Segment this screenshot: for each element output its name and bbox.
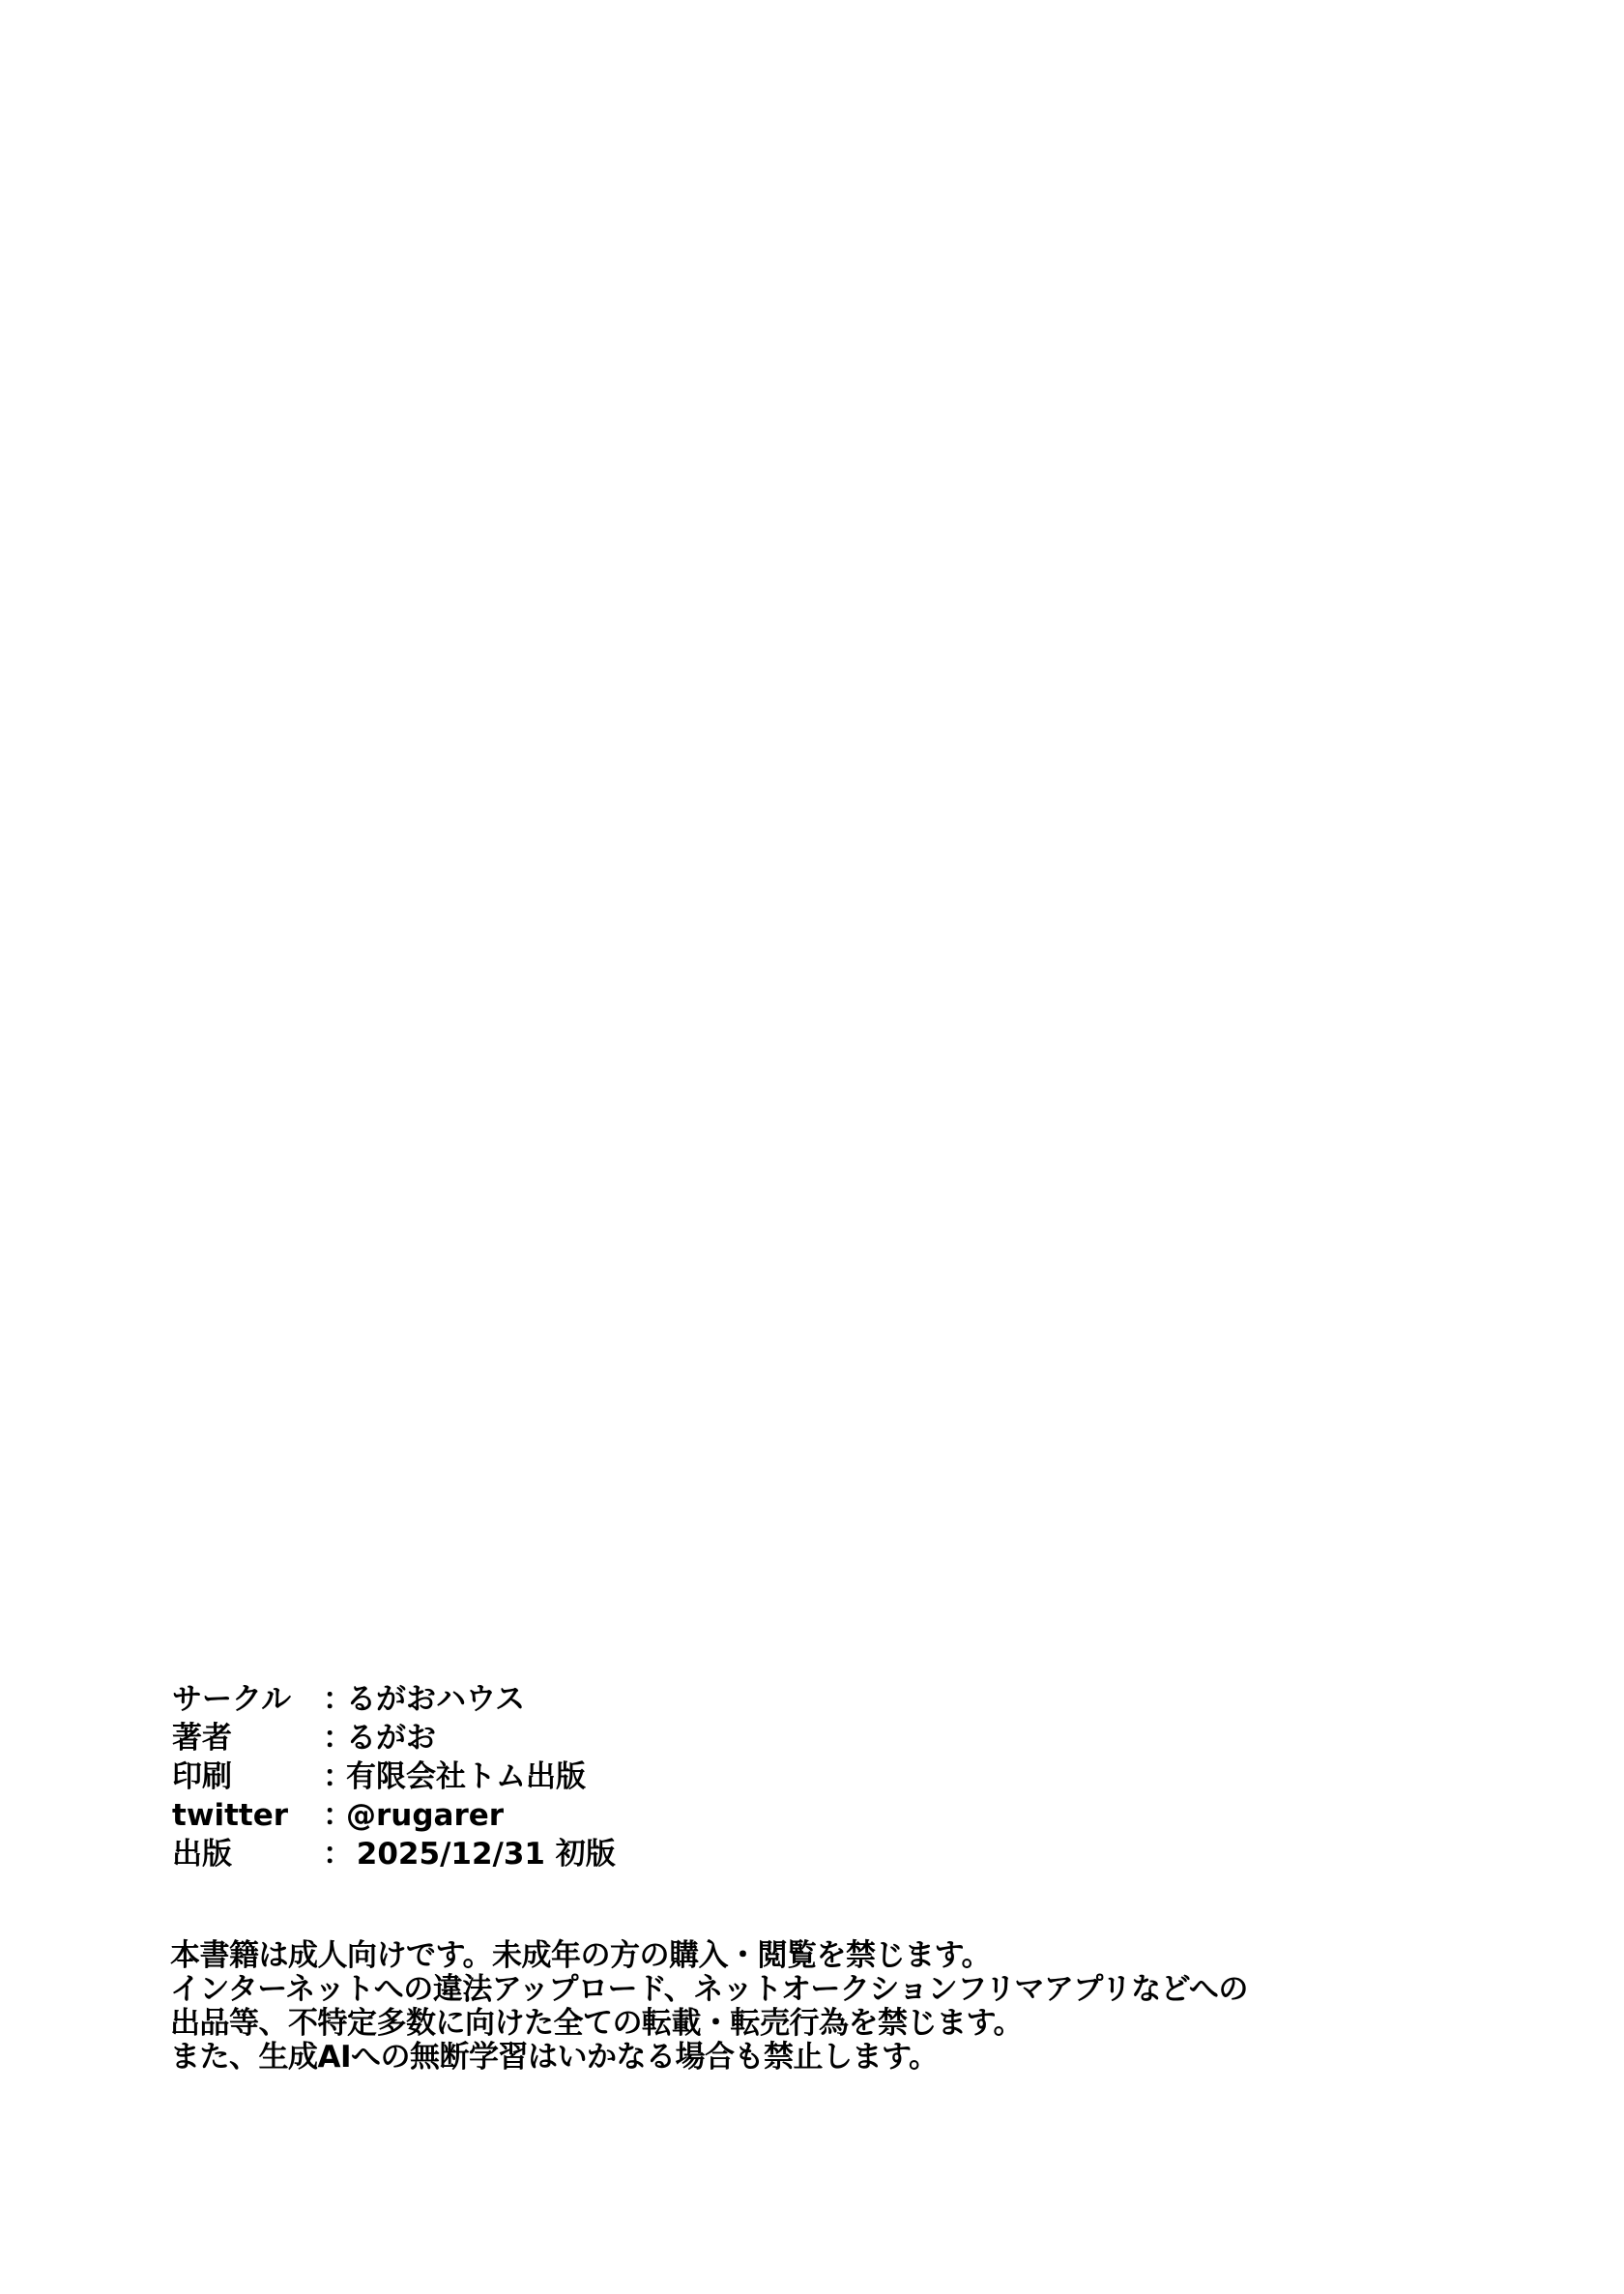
colophon-row-twitter: twitter ： @rugarer: [172, 1796, 616, 1835]
colophon-separator: ：: [317, 1835, 346, 1873]
notice-line-adult-only: 本書籍は成人向けです。未成年の方の購入・閲覧を禁じます。: [170, 1939, 1248, 1973]
colophon-row-author: 著者 ： るがお: [172, 1719, 616, 1757]
notice-line-resale-ban: 出品等、不特定多数に向けた全ての転載・転売行為を禁じます。: [170, 2007, 1248, 2041]
colophon-separator: ：: [317, 1680, 346, 1719]
colophon-block: サークル ： るがおハウス 著者 ： るがお 印刷 ： 有限会社トム出版 twi…: [172, 1680, 616, 1873]
notice-line-upload-ban: インターネットへの違法アップロード、ネットオークションフリマアプリなどへの: [170, 1973, 1248, 2007]
colophon-label: 著者: [172, 1719, 317, 1757]
colophon-label: 出版: [172, 1835, 317, 1873]
colophon-label: 印刷: [172, 1757, 317, 1796]
colophon-separator: ：: [317, 1757, 346, 1796]
notice-line-ai-training-ban: また、生成AIへの無断学習はいかなる場合も禁止します。: [170, 2041, 1248, 2075]
legal-notice-block: 本書籍は成人向けです。未成年の方の購入・閲覧を禁じます。 インターネットへの違法…: [170, 1939, 1248, 2075]
colophon-separator: ：: [317, 1719, 346, 1757]
colophon-label: サークル: [172, 1680, 317, 1719]
colophon-row-publication: 出版 ： 2025/12/31 初版: [172, 1835, 616, 1873]
colophon-value-circle-name: るがおハウス: [346, 1680, 525, 1719]
colophon-separator: ：: [317, 1796, 346, 1835]
colophon-label: twitter: [172, 1796, 317, 1835]
colophon-value-twitter-handle: @rugarer: [346, 1796, 504, 1835]
colophon-value-printer: 有限会社トム出版: [346, 1757, 586, 1796]
colophon-value-author: るがお: [346, 1719, 436, 1757]
book-colophon-page: サークル ： るがおハウス 著者 ： るがお 印刷 ： 有限会社トム出版 twi…: [0, 0, 1624, 2294]
colophon-row-printer: 印刷 ： 有限会社トム出版: [172, 1757, 616, 1796]
colophon-row-circle: サークル ： るがおハウス: [172, 1680, 616, 1719]
colophon-value-publication-date: 2025/12/31 初版: [346, 1835, 616, 1873]
